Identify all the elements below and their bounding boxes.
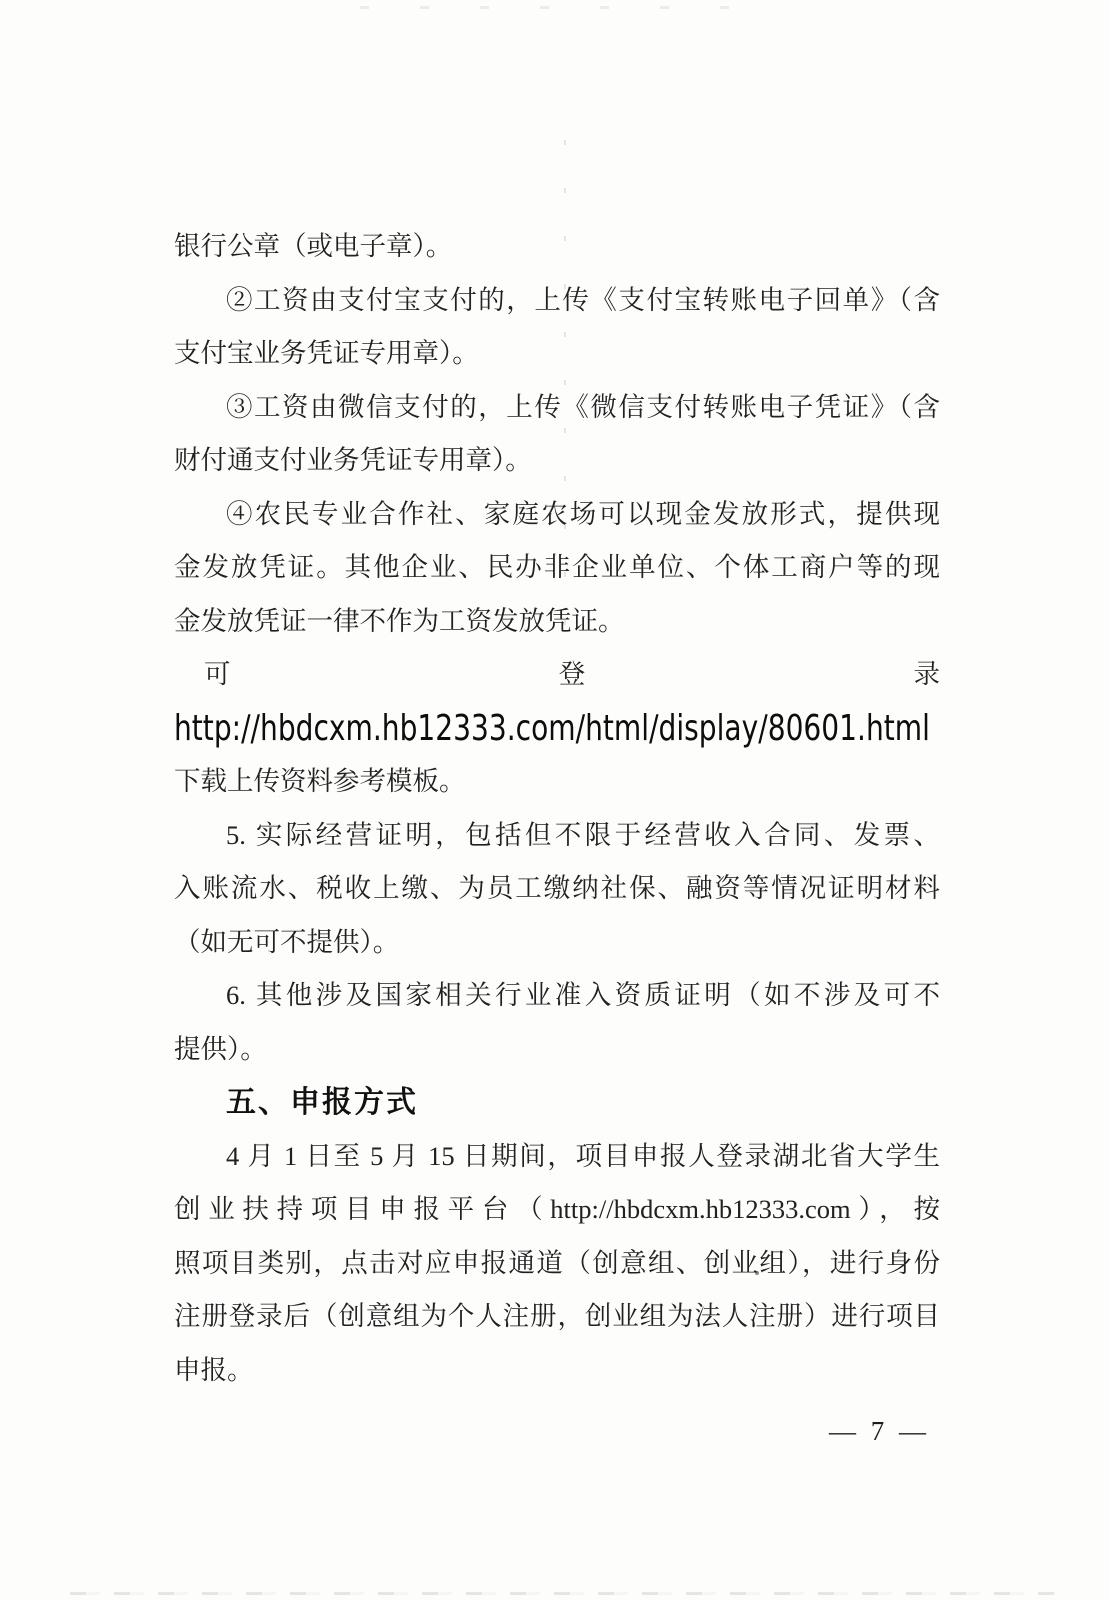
scanned-document-page: 银行公章（或电子章）。②工资由支付宝支付的，上传《支付宝转账电子回单》（含支付宝…	[0, 0, 1110, 1600]
text-line: 入账流水、税收上缴、为员工缴纳社保、融资等情况证明材料	[174, 862, 940, 916]
document-url-line: http://hbdcxm.hb12333.com/html/display/8…	[174, 702, 771, 756]
scan-artifact-top-edge	[360, 6, 740, 9]
text-line: 金发放凭证。其他企业、民办非企业单位、个体工商户等的现	[174, 541, 940, 595]
text-line: ③工资由微信支付的，上传《微信支付转账电子凭证》（含	[174, 381, 940, 435]
text-line: 申报。	[174, 1344, 940, 1398]
text-line: 财付通支付业务凭证专用章）。	[174, 434, 940, 488]
text-line: 金发放凭证一律不作为工资发放凭证。	[174, 595, 940, 649]
spread-char: 录	[914, 648, 941, 702]
text-line: 照项目类别，点击对应申报通道（创意组、创业组），进行身份	[174, 1237, 940, 1291]
text-line: 提供）。	[174, 1023, 940, 1077]
text-line: ④农民专业合作社、家庭农场可以现金发放形式，提供现	[174, 488, 940, 542]
text-line: 6. 其他涉及国家相关行业准入资质证明（如不涉及可不	[174, 969, 940, 1023]
section-heading: 五、申报方式	[174, 1076, 940, 1130]
text-line: 5. 实际经营证明，包括但不限于经营收入合同、发票、	[174, 809, 940, 863]
text-line: 银行公章（或电子章）。	[174, 220, 940, 274]
scan-artifact-bottom-edge	[70, 1592, 1055, 1595]
spread-char: 登	[559, 648, 586, 702]
text-line: 注册登录后（创意组为个人注册，创业组为法人注册）进行项目	[174, 1290, 940, 1344]
text-line: 下载上传资料参考模板。	[174, 755, 940, 809]
text-line: ②工资由支付宝支付的，上传《支付宝转账电子回单》（含	[174, 274, 940, 328]
text-line: （如无可不提供）。	[174, 916, 940, 970]
text-line: 创业扶持项目申报平台（http://hbdcxm.hb12333.com），按	[174, 1183, 940, 1237]
text-line: 可登录	[174, 648, 940, 702]
page-number: — 7 —	[829, 1404, 930, 1458]
text-line: 支付宝业务凭证专用章）。	[174, 327, 940, 381]
document-body: 银行公章（或电子章）。②工资由支付宝支付的，上传《支付宝转账电子回单》（含支付宝…	[174, 220, 940, 1397]
spread-char: 可	[204, 648, 231, 702]
text-line: 4 月 1 日至 5 月 15 日期间，项目申报人登录湖北省大学生	[174, 1130, 940, 1184]
